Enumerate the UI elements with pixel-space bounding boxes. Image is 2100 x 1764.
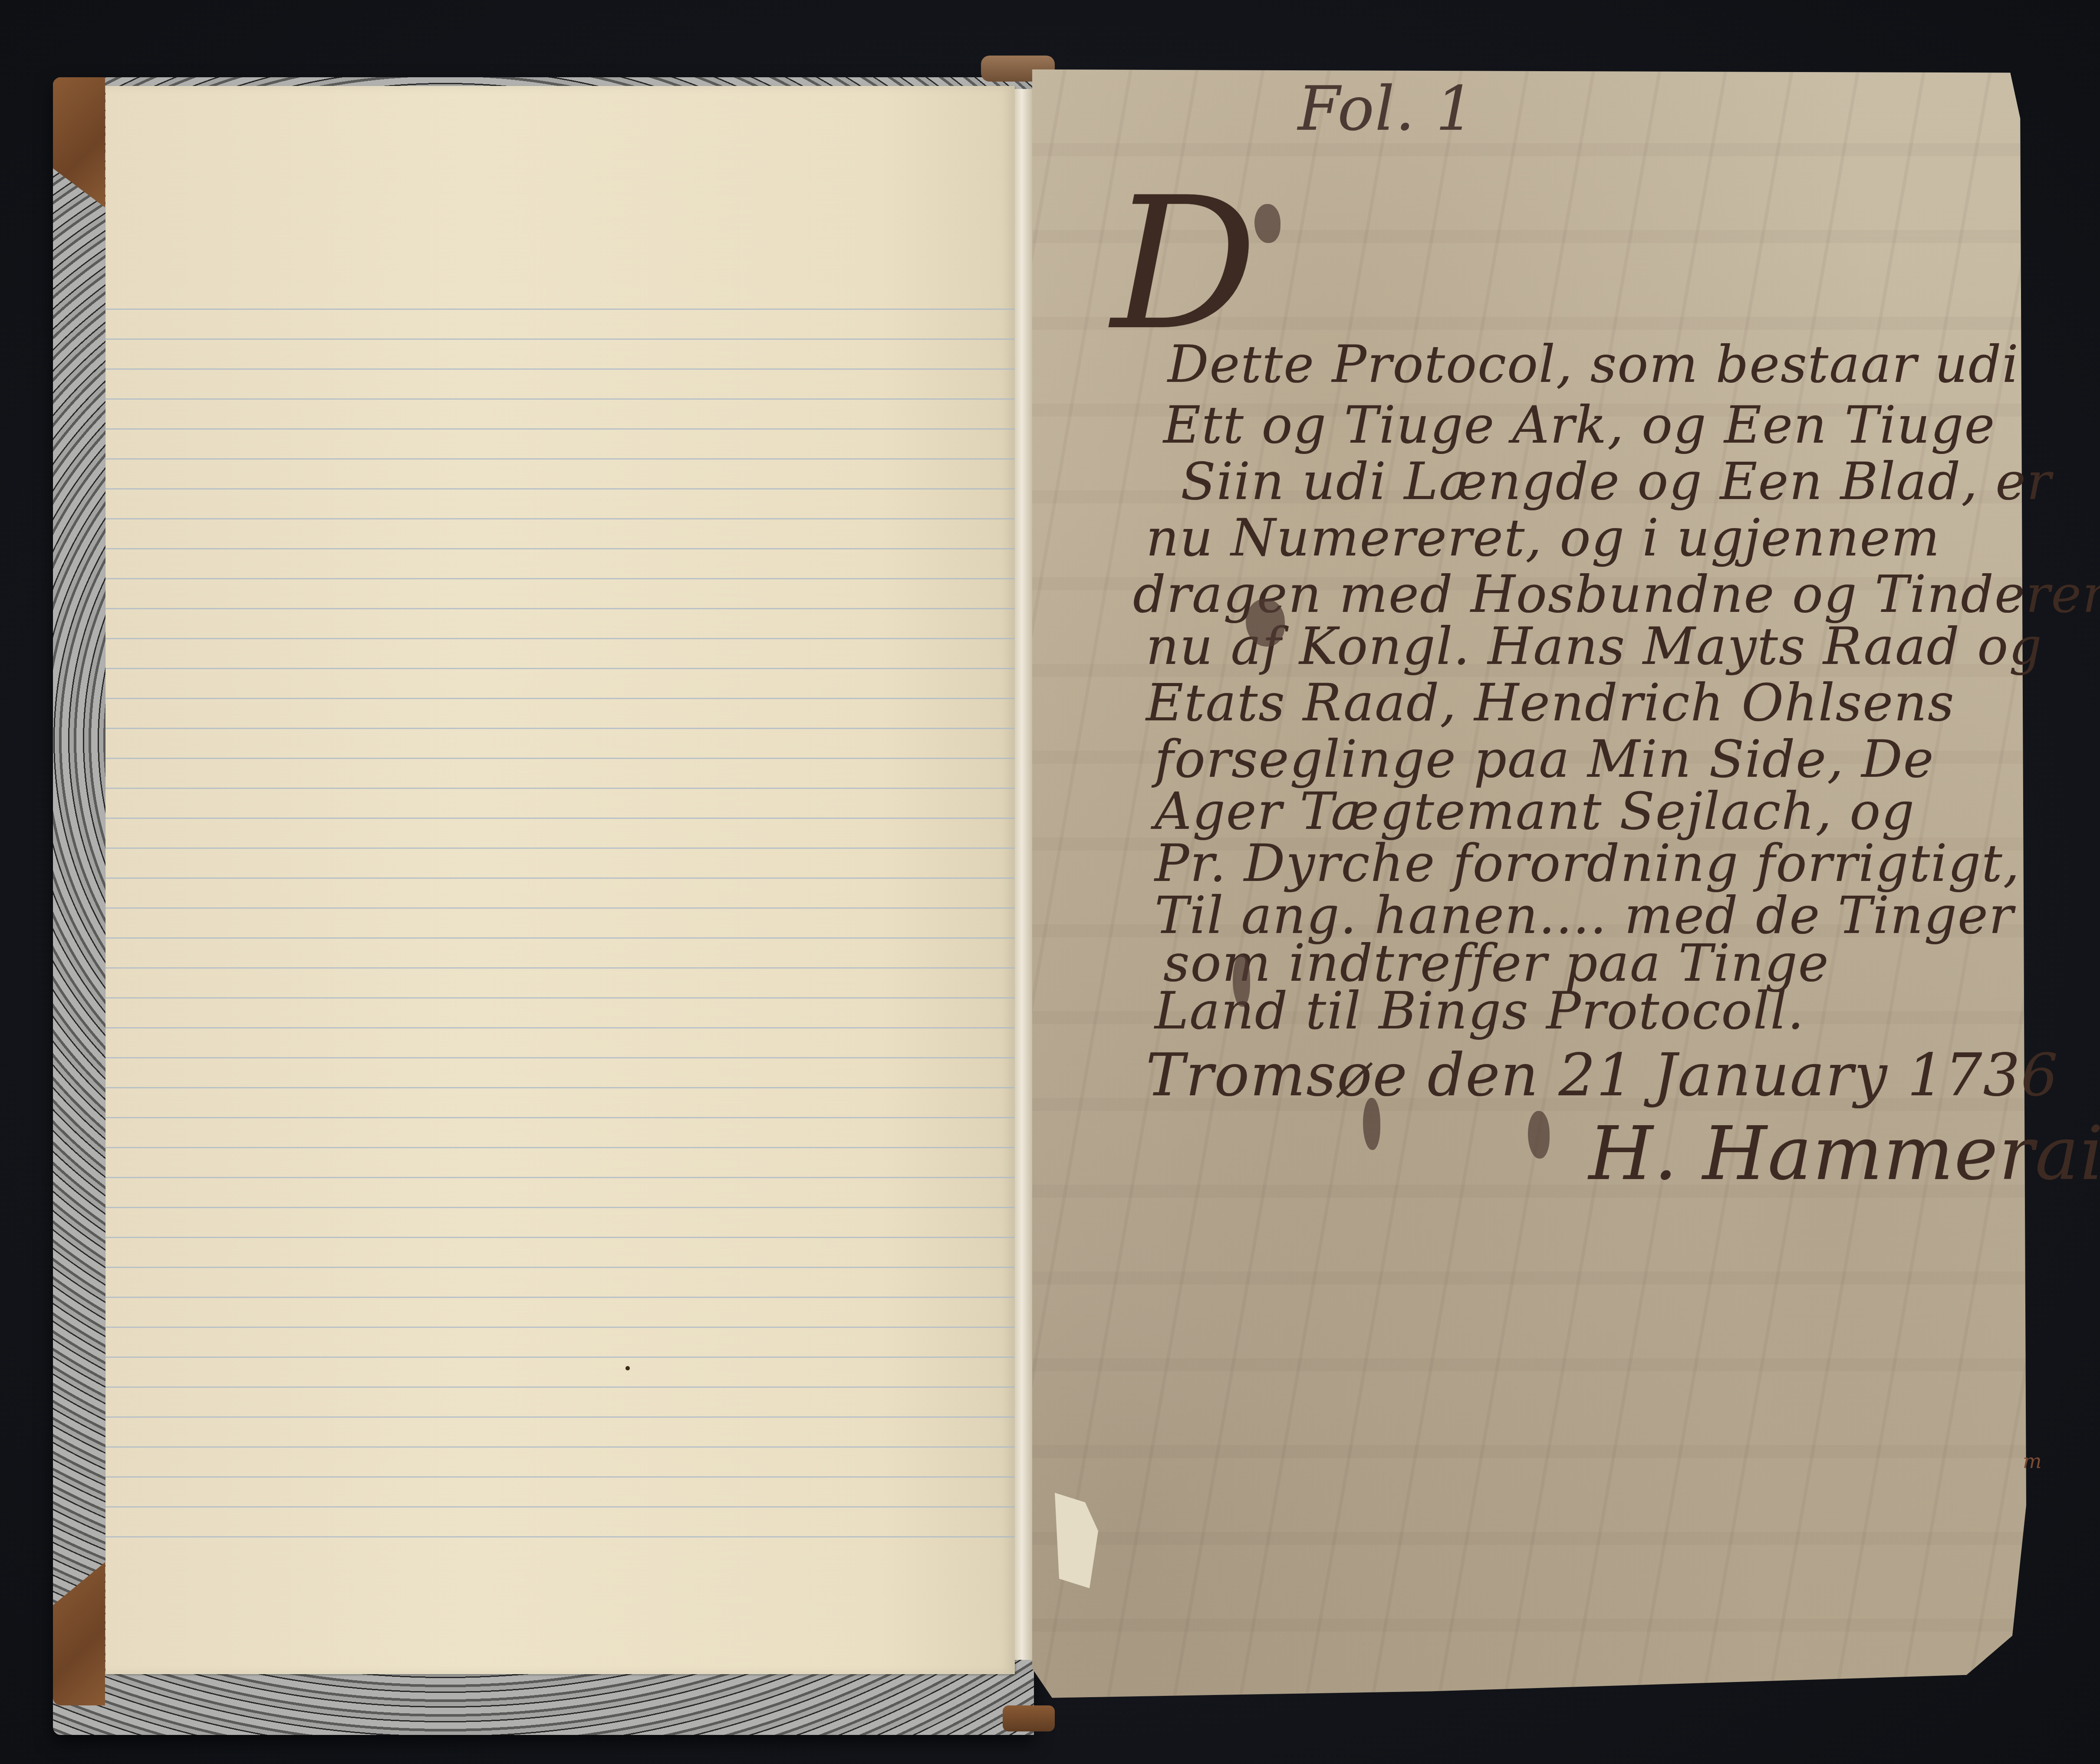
manuscript-line-7: Etats Raad, Hendrich Ohlsens bbox=[1146, 673, 1955, 733]
manuscript-line-8: forseglinge paa Min Side, De bbox=[1155, 729, 1935, 789]
manuscript-line-10: Pr. Dyrche forordning forrigtigt, bbox=[1155, 833, 2020, 893]
manuscript-line-13: Land til Bings Protocoll. bbox=[1155, 981, 1805, 1041]
ink-blot bbox=[1528, 1111, 1550, 1159]
ink-blot bbox=[1254, 204, 1280, 243]
ruled-lines bbox=[105, 280, 1015, 1561]
spine-tailcap bbox=[1003, 1705, 1055, 1731]
ink-blot bbox=[1246, 599, 1285, 647]
gutter-hinge bbox=[1015, 89, 1032, 1660]
ink-blot bbox=[1233, 955, 1250, 1007]
ink-blot bbox=[1363, 1098, 1380, 1150]
signature: H. Hammeraimo bbox=[1589, 1111, 2100, 1197]
manuscript-line-3: Siin udi Længde og Een Blad, er bbox=[1181, 451, 2052, 511]
folio-number: Fol. 1 bbox=[1298, 74, 1475, 145]
edge-marginal-note: m bbox=[2023, 1449, 2042, 1473]
left-ruled-page bbox=[105, 86, 1015, 1674]
manuscript-line-1: Dette Protocol, som bestaar udi bbox=[1168, 334, 2019, 394]
manuscript-line-4: nu Numereret, og i ugjennem bbox=[1146, 508, 1940, 568]
manuscript-line-9: Ager Tægtemant Sejlach, og bbox=[1155, 781, 1915, 841]
manuscript-date-line: Tromsøe den 21 January 1736 bbox=[1146, 1041, 2059, 1109]
ink-speck bbox=[625, 1366, 630, 1370]
manuscript-line-2: Ett og Tiuge Ark, og Een Tiuge bbox=[1163, 395, 1995, 455]
drop-cap-initial: D bbox=[1111, 174, 1258, 356]
